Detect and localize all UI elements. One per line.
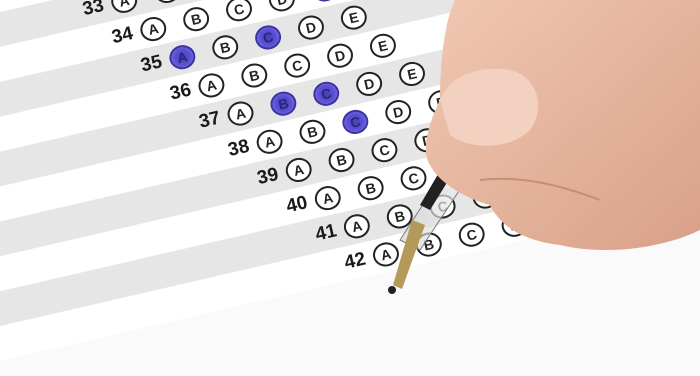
answer-bubble-a[interactable]: A bbox=[196, 71, 227, 100]
answer-bubble-d[interactable]: D bbox=[412, 126, 443, 155]
answer-bubble-d[interactable]: D bbox=[383, 97, 414, 126]
question-number: 41 bbox=[289, 220, 339, 252]
answer-bubble-a[interactable]: A bbox=[167, 43, 198, 72]
answer-bubble-c[interactable]: C bbox=[369, 136, 400, 165]
answer-bubble-c[interactable]: C bbox=[398, 164, 429, 193]
answer-bubble-c[interactable]: C bbox=[340, 107, 371, 136]
answer-bubble-b[interactable]: B bbox=[326, 145, 357, 174]
question-number: 36 bbox=[144, 79, 194, 111]
answer-bubble-b[interactable]: B bbox=[239, 61, 270, 90]
answer-bubble-c[interactable]: C bbox=[253, 23, 284, 52]
question-number: 42 bbox=[318, 248, 368, 280]
question-number: 34 bbox=[86, 23, 136, 55]
answer-rows: 31ABCDE32ABCDE33ABCDE34ABCDE35ABCDE36ABC… bbox=[0, 0, 700, 368]
answer-bubble-d[interactable]: D bbox=[267, 0, 298, 14]
question-number: 37 bbox=[173, 108, 223, 140]
answer-bubble-c[interactable]: C bbox=[456, 220, 487, 249]
answer-bubble-a[interactable]: A bbox=[225, 99, 256, 128]
answer-bubble-e[interactable]: E bbox=[542, 200, 573, 229]
answer-bubble-c[interactable]: C bbox=[311, 79, 342, 108]
answer-bubble-e[interactable]: E bbox=[513, 172, 544, 201]
answer-bubble-d[interactable]: D bbox=[325, 41, 356, 70]
answer-bubble-e[interactable]: E bbox=[397, 59, 428, 88]
answer-bubble-a[interactable]: A bbox=[138, 14, 169, 43]
answer-bubble-b[interactable]: B bbox=[297, 117, 328, 146]
answer-bubble-e[interactable]: E bbox=[455, 116, 486, 145]
answer-bubble-a[interactable]: A bbox=[283, 155, 314, 184]
question-number: 38 bbox=[202, 136, 252, 168]
answer-bubble-a[interactable]: A bbox=[342, 212, 373, 241]
answer-bubble-a[interactable]: A bbox=[109, 0, 140, 15]
answer-bubble-b[interactable]: B bbox=[268, 89, 299, 118]
answer-bubble-c[interactable]: C bbox=[224, 0, 255, 24]
answer-bubble-a[interactable]: A bbox=[254, 127, 285, 156]
answer-bubble-d[interactable]: D bbox=[354, 69, 385, 98]
question-number: 35 bbox=[115, 51, 165, 83]
answer-bubble-a[interactable]: A bbox=[312, 183, 343, 212]
question-number: 40 bbox=[260, 192, 310, 224]
answer-bubble-d[interactable]: D bbox=[296, 13, 327, 42]
question-number: 33 bbox=[56, 0, 106, 27]
answer-bubble-a[interactable]: A bbox=[371, 240, 402, 269]
question-number: 39 bbox=[231, 164, 281, 196]
answer-bubble-d[interactable]: D bbox=[441, 154, 472, 183]
answer-bubble-e[interactable]: E bbox=[368, 31, 399, 60]
answer-bubble-b[interactable]: B bbox=[181, 5, 212, 34]
answer-bubble-e[interactable]: E bbox=[426, 88, 457, 117]
answer-sheet: 31ABCDE32ABCDE33ABCDE34ABCDE35ABCDE36ABC… bbox=[0, 0, 700, 376]
answer-bubble-d[interactable]: D bbox=[499, 210, 530, 239]
answer-bubble-b[interactable]: B bbox=[355, 174, 386, 203]
answer-bubble-c[interactable]: C bbox=[282, 51, 313, 80]
answer-bubble-c[interactable]: C bbox=[427, 192, 458, 221]
answer-bubble-b[interactable]: B bbox=[413, 230, 444, 259]
answer-bubble-e[interactable]: E bbox=[338, 3, 369, 32]
answer-bubble-b[interactable]: B bbox=[384, 202, 415, 231]
answer-bubble-b[interactable]: B bbox=[210, 33, 241, 62]
answer-bubble-e[interactable]: E bbox=[484, 144, 515, 173]
answer-bubble-d[interactable]: D bbox=[470, 182, 501, 211]
